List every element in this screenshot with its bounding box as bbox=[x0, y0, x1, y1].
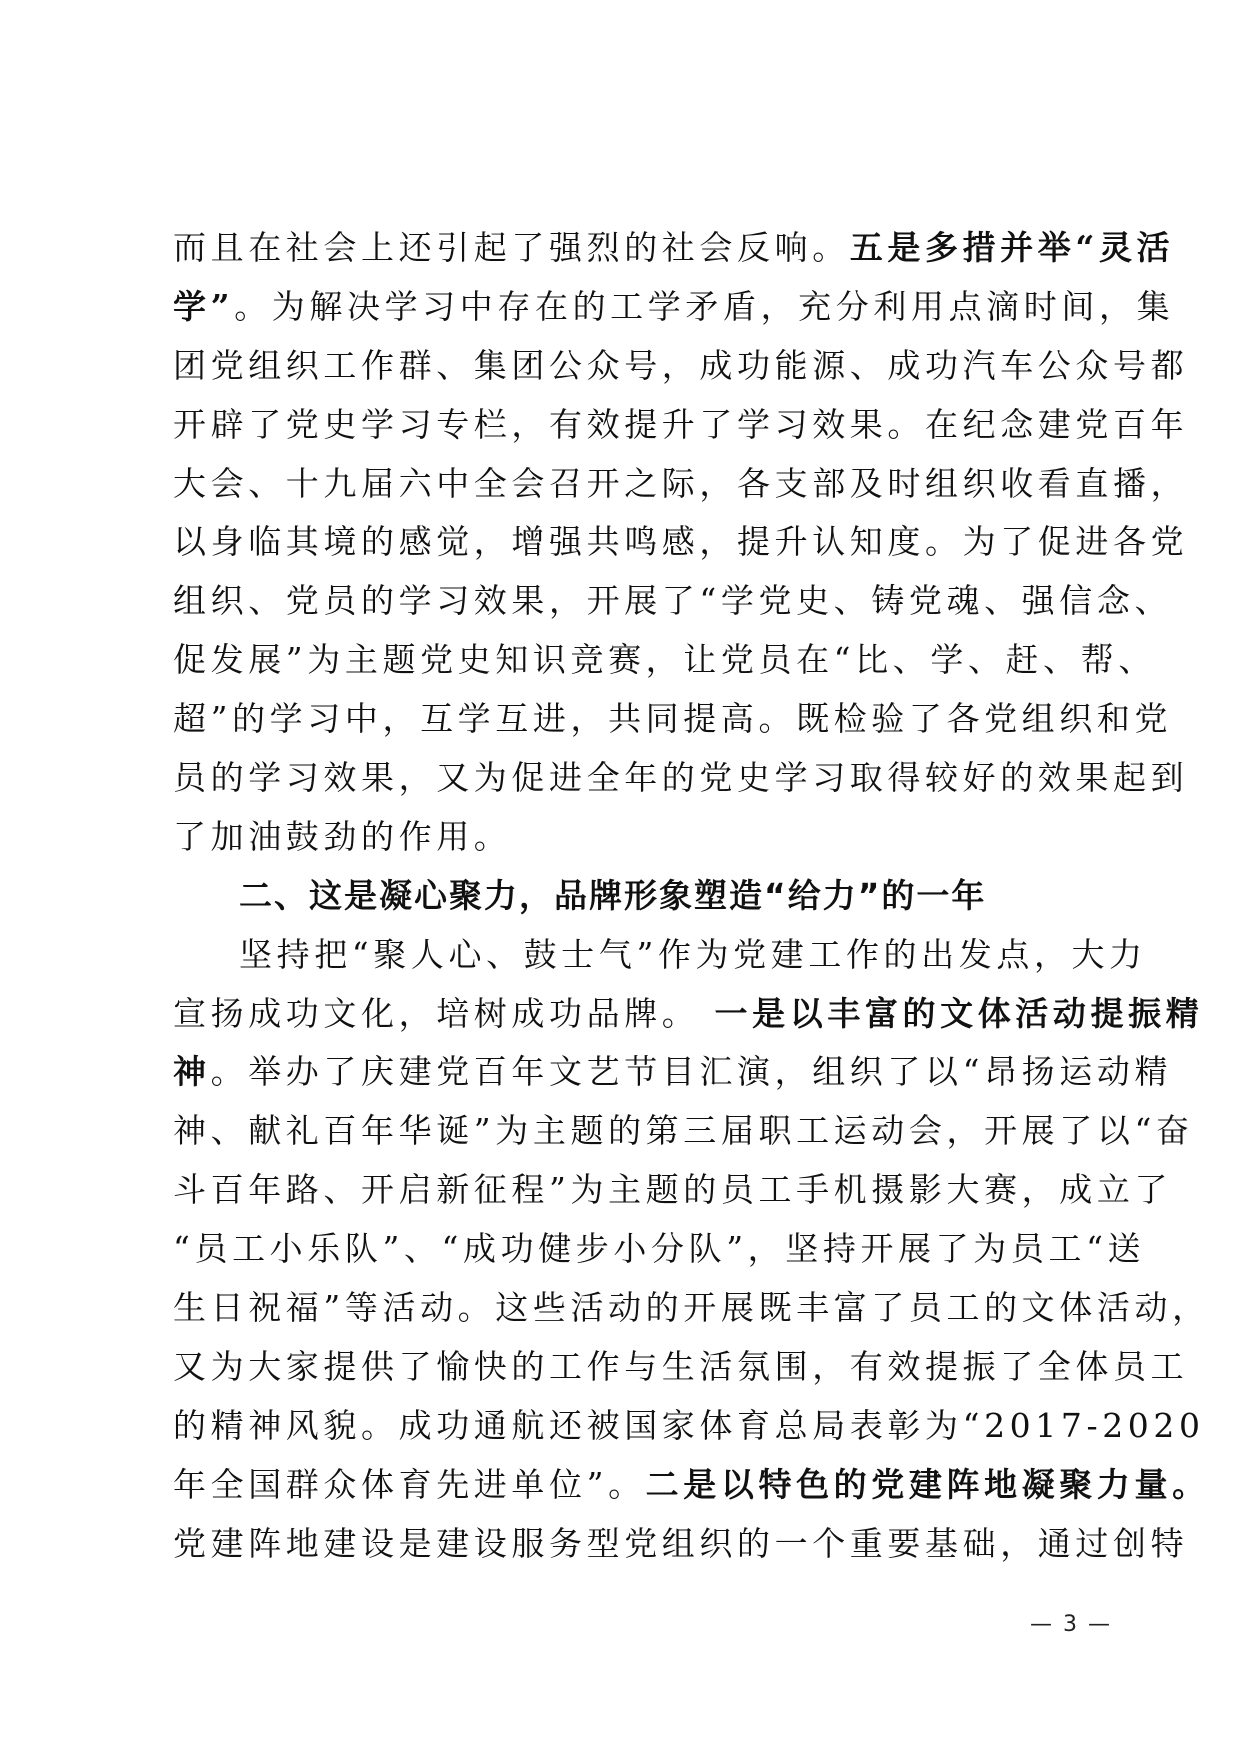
paragraph-line: 了加油鼓劲的作用。 bbox=[173, 808, 1083, 867]
paragraph-line: 超”的学习中，互学互进，共同提高。既检验了各党组织和党 bbox=[173, 690, 1083, 749]
paragraph-line: 宣扬成功文化，培树成功品牌。 一是以丰富的文体活动提振精 bbox=[173, 985, 1083, 1044]
paragraph-line: 开辟了党史学习专栏，有效提升了学习效果。在纪念建党百年 bbox=[173, 396, 1083, 455]
paragraph-line: 党建阵地建设是建设服务型党组织的一个重要基础，通过创特 bbox=[173, 1515, 1083, 1574]
paragraph-line: 神。举办了庆建党百年文艺节目汇演，组织了以“昂扬运动精 bbox=[173, 1043, 1083, 1102]
paragraph-line: 以身临其境的感觉，增强共鸣感，提升认知度。为了促进各党 bbox=[173, 513, 1083, 572]
document-page: 而且在社会上还引起了强烈的社会反响。五是多措并举“灵活 学”。为解决学习中存在的… bbox=[0, 0, 1241, 1754]
paragraph-line: 学”。为解决学习中存在的工学矛盾，充分利用点滴时间，集 bbox=[173, 278, 1083, 337]
paragraph-line: 大会、十九届六中全会召开之际，各支部及时组织收看直播， bbox=[173, 455, 1083, 514]
paragraph-line: 年全国群众体育先进单位”。二是以特色的党建阵地凝聚力量。 bbox=[173, 1456, 1083, 1515]
paragraph-line: 又为大家提供了愉快的工作与生活氛围，有效提振了全体员工 bbox=[173, 1338, 1083, 1397]
paragraph-line: “员工小乐队”、“成功健步小分队”，坚持开展了为员工“送 bbox=[173, 1220, 1083, 1279]
emphasis-phrase: 五是多措并举“灵活 bbox=[850, 228, 1174, 267]
emphasis-phrase: 二是以特色的党建阵地凝聚力量。 bbox=[646, 1465, 1210, 1504]
emphasis-phrase: 一是以丰富的文体活动提振精 bbox=[715, 994, 1204, 1033]
body-text: 而且在社会上还引起了强烈的社会反响。五是多措并举“灵活 学”。为解决学习中存在的… bbox=[173, 219, 1083, 1573]
emphasis-phrase: 神 bbox=[173, 1052, 211, 1091]
paragraph-line: 的精神风貌。成功通航还被国家体育总局表彰为“2017-2020 bbox=[173, 1397, 1083, 1456]
emphasis-phrase: 学” bbox=[173, 287, 234, 326]
paragraph-line: 组织、党员的学习效果，开展了“学党史、铸党魂、强信念、 bbox=[173, 572, 1083, 631]
page-number: — 3 — bbox=[1030, 1612, 1112, 1637]
paragraph-line: 而且在社会上还引起了强烈的社会反响。五是多措并举“灵活 bbox=[173, 219, 1083, 278]
paragraph-line: 团党组织工作群、集团公众号，成功能源、成功汽车公众号都 bbox=[173, 337, 1083, 396]
paragraph-line: 斗百年路、开启新征程”为主题的员工手机摄影大赛，成立了 bbox=[173, 1161, 1083, 1220]
section-heading: 二、这是凝心聚力，品牌形象塑造“给力”的一年 bbox=[173, 867, 1083, 926]
paragraph-line: 生日祝福”等活动。这些活动的开展既丰富了员工的文体活动， bbox=[173, 1279, 1083, 1338]
paragraph-line: 神、献礼百年华诞”为主题的第三届职工运动会，开展了以“奋 bbox=[173, 1102, 1083, 1161]
paragraph-line: 促发展”为主题党史知识竞赛，让党员在“比、学、赶、帮、 bbox=[173, 631, 1083, 690]
paragraph-line: 坚持把“聚人心、鼓士气”作为党建工作的出发点，大力 bbox=[173, 926, 1083, 985]
paragraph-line: 员的学习效果，又为促进全年的党史学习取得较好的效果起到 bbox=[173, 749, 1083, 808]
